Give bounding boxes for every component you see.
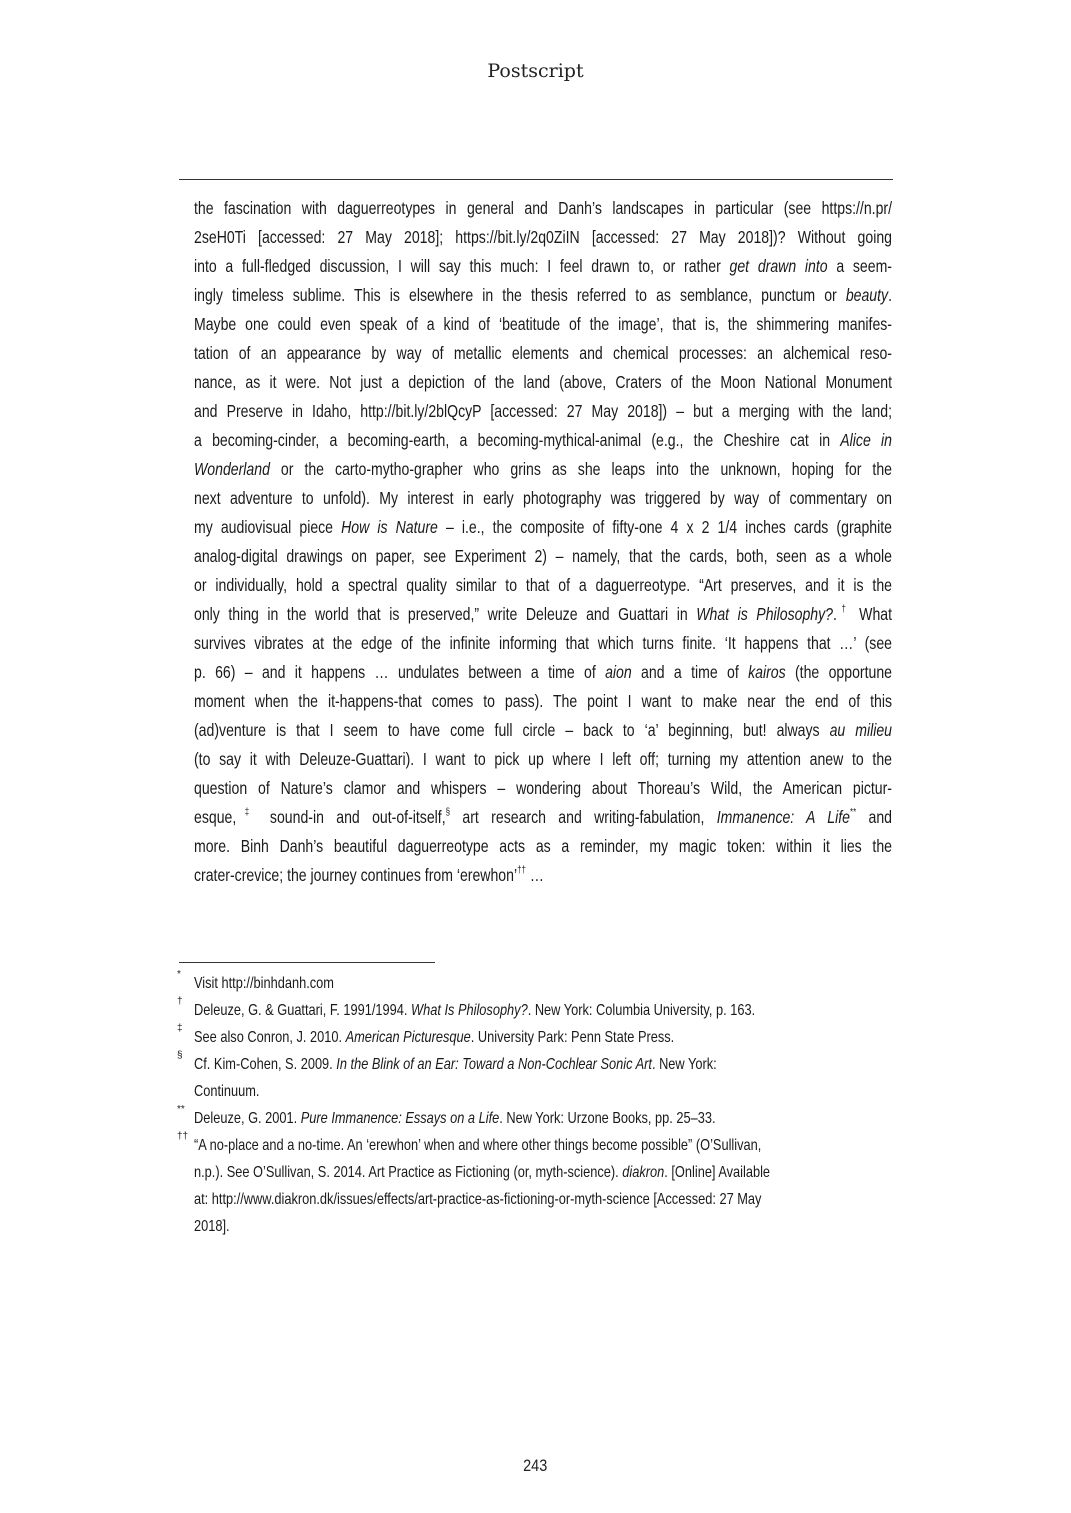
body-line: ingly timeless sublime. This is elsewher…	[194, 281, 892, 310]
footnote-line: Deleuze, G. & Guattari, F. 1991/1994. Wh…	[179, 997, 899, 1024]
text-run: “A no-place and a no-time. An ‘erewhon’ …	[194, 1137, 761, 1154]
text-run: . [Online] Available	[664, 1164, 770, 1181]
italic-text: How is Nature	[341, 517, 438, 537]
body-line: survives vibrates at the edge of the inf…	[194, 629, 892, 658]
body-line: nance, as it were. Not just a depiction …	[194, 368, 892, 397]
body-line: tation of an appearance by way of metall…	[194, 339, 892, 368]
text-run: (to say it with Deleuze-Guattari). I wan…	[194, 749, 892, 769]
header-rule	[179, 179, 893, 180]
text-run: crater-crevice; the journey continues fr…	[194, 865, 517, 885]
footnote-line: Continuum.	[179, 1078, 899, 1105]
body-line: my audiovisual piece How is Nature – i.e…	[194, 513, 892, 542]
footnote: ††“A no-place and a no-time. An ‘erewhon…	[179, 1132, 899, 1240]
italic-text: au milieu	[830, 720, 892, 740]
footnote-line: Cf. Kim-Cohen, S. 2009. In the Blink of …	[179, 1051, 899, 1078]
footnote-line: at: http://www.diakron.dk/issues/effects…	[179, 1186, 899, 1213]
italic-text: Alice in	[840, 430, 892, 450]
text-run: .	[888, 285, 892, 305]
italic-text: American Picturesque	[346, 1029, 471, 1046]
text-run: nance, as it were. Not just a depiction …	[194, 372, 892, 392]
body-line: (to say it with Deleuze-Guattari). I wan…	[194, 745, 892, 774]
text-run: esque,	[194, 807, 236, 827]
footnotes: *Visit http://binhdanh.com†Deleuze, G. &…	[179, 970, 899, 1240]
text-run: p. 66) – and it happens … undulates betw…	[194, 662, 605, 682]
footnote-mark: §	[177, 1049, 183, 1063]
text-run: See also Conron, J. 2010.	[194, 1029, 346, 1046]
text-run: the fascination with daguerreotypes in g…	[194, 198, 892, 218]
text-run: and a time of	[632, 662, 748, 682]
body-line: more. Binh Danh’s beautiful daguerreotyp…	[194, 832, 892, 861]
text-run: (ad)venture is that I seem to have come …	[194, 720, 830, 740]
italic-text: What is Philosophy?	[696, 604, 833, 624]
body-line: Wonderland or the carto-mytho-grapher wh…	[194, 455, 892, 484]
body-line: question of Nature’s clamor and whispers…	[194, 774, 892, 803]
text-run: only thing in the world that is preserve…	[194, 604, 696, 624]
body-line: and Preserve in Idaho, http://bit.ly/2bl…	[194, 397, 892, 426]
page-number: 243	[0, 1456, 1071, 1476]
body-line: a becoming-cinder, a becoming-earth, a b…	[194, 426, 892, 455]
text-run: a becoming-cinder, a becoming-earth, a b…	[194, 430, 840, 450]
text-run: Deleuze, G. 2001.	[194, 1110, 301, 1127]
footnote-line: 2018].	[179, 1213, 899, 1240]
footnote-mark: *	[177, 968, 181, 982]
text-run: (the opportune	[786, 662, 892, 682]
body-line: 2seH0Ti [accessed: 27 May 2018]; https:/…	[194, 223, 892, 252]
footnote-line: Visit http://binhdanh.com	[179, 970, 899, 997]
text-run: a seem-	[828, 256, 892, 276]
body-line: esque,‡ sound-in and out-of-itself,§ art…	[194, 803, 892, 832]
text-run: my audiovisual piece	[194, 517, 341, 537]
footnote-line: See also Conron, J. 2010. American Pictu…	[179, 1024, 899, 1051]
footnote-mark: **	[177, 1103, 185, 1117]
page-number-text: 243	[523, 1456, 547, 1476]
body-line: only thing in the world that is preserve…	[194, 600, 892, 629]
text-run: . University Park: Penn State Press.	[471, 1029, 674, 1046]
footnote-ref: ††	[517, 865, 526, 876]
footnote-mark: ‡	[177, 1022, 183, 1036]
footnote: *Visit http://binhdanh.com	[179, 970, 899, 997]
footnote-line: n.p.). See O’Sullivan, S. 2014. Art Prac…	[179, 1159, 899, 1186]
body-line: Maybe one could even speak of a kind of …	[194, 310, 892, 339]
italic-text: get drawn into	[730, 256, 828, 276]
text-run: question of Nature’s clamor and whispers…	[194, 778, 892, 798]
text-run: art research and writing-fabulation,	[450, 807, 717, 827]
text-run: Maybe one could even speak of a kind of …	[194, 314, 892, 334]
body-line: into a full-fledged discussion, I will s…	[194, 252, 892, 281]
body-line: (ad)venture is that I seem to have come …	[194, 716, 892, 745]
italic-text: beauty	[846, 285, 888, 305]
italic-text: What Is Philosophy?	[411, 1002, 528, 1019]
text-run: 2018].	[194, 1218, 230, 1235]
text-run: analog-digital drawings on paper, see Ex…	[194, 546, 892, 566]
body-line: crater-crevice; the journey continues fr…	[194, 861, 892, 890]
italic-text: aion	[605, 662, 632, 682]
text-run: Cf. Kim-Cohen, S. 2009.	[194, 1056, 336, 1073]
text-run: . New York:	[652, 1056, 717, 1073]
text-run: and	[856, 807, 892, 827]
text-run: 2seH0Ti [accessed: 27 May 2018]; https:/…	[194, 227, 892, 247]
body-line: moment when the it-happens-that comes to…	[194, 687, 892, 716]
text-run: ingly timeless sublime. This is elsewher…	[194, 285, 846, 305]
footnote: **Deleuze, G. 2001. Pure Immanence: Essa…	[179, 1105, 899, 1132]
text-run: . New York: Columbia University, p. 163.	[528, 1002, 755, 1019]
footnote-rule	[179, 962, 435, 963]
text-run: …	[526, 865, 544, 885]
text-run: or individually, hold a spectral quality…	[194, 575, 892, 595]
body-line: the fascination with daguerreotypes in g…	[194, 194, 892, 223]
body-line: analog-digital drawings on paper, see Ex…	[194, 542, 892, 571]
text-run: more. Binh Danh’s beautiful daguerreotyp…	[194, 836, 892, 856]
text-run: survives vibrates at the edge of the inf…	[194, 633, 892, 653]
text-run: . New York: Urzone Books, pp. 25–33.	[499, 1110, 715, 1127]
running-head: Postscript	[0, 60, 1071, 82]
body-line: p. 66) – and it happens … undulates betw…	[194, 658, 892, 687]
italic-text: Wonderland	[194, 459, 270, 479]
footnote-ref: †	[837, 604, 851, 615]
italic-text: kairos	[748, 662, 786, 682]
body-line: or individually, hold a spectral quality…	[194, 571, 892, 600]
italic-text: diakron	[622, 1164, 664, 1181]
body-line: next adventure to unfold). My interest i…	[194, 484, 892, 513]
footnote-mark: †	[177, 995, 183, 1009]
text-run: at: http://www.diakron.dk/issues/effects…	[194, 1191, 761, 1208]
text-run: sound-in and out-of-itself,	[258, 807, 446, 827]
footnote-ref: ‡	[236, 807, 257, 818]
text-run: Continuum.	[194, 1083, 259, 1100]
footnote-line: Deleuze, G. 2001. Pure Immanence: Essays…	[179, 1105, 899, 1132]
text-run: and Preserve in Idaho, http://bit.ly/2bl…	[194, 401, 892, 421]
italic-text: Pure Immanence: Essays on a Life	[301, 1110, 500, 1127]
text-run: moment when the it-happens-that comes to…	[194, 691, 892, 711]
text-run: n.p.). See O’Sullivan, S. 2014. Art Prac…	[194, 1164, 622, 1181]
text-run: or the carto-mytho-grapher who grins as …	[270, 459, 892, 479]
text-run: into a full-fledged discussion, I will s…	[194, 256, 730, 276]
text-run: tation of an appearance by way of metall…	[194, 343, 892, 363]
body-text: the fascination with daguerreotypes in g…	[194, 194, 892, 890]
footnote: †Deleuze, G. & Guattari, F. 1991/1994. W…	[179, 997, 899, 1024]
text-run: next adventure to unfold). My interest i…	[194, 488, 892, 508]
text-run: Deleuze, G. & Guattari, F. 1991/1994.	[194, 1002, 411, 1019]
text-run: Visit http://binhdanh.com	[194, 975, 334, 992]
text-run: What	[851, 604, 892, 624]
italic-text: In the Blink of an Ear: Toward a Non-Coc…	[336, 1056, 652, 1073]
italic-text: Immanence: A Life	[717, 807, 850, 827]
text-run: – i.e., the composite of fifty-one 4 x 2…	[438, 517, 892, 537]
footnote: §Cf. Kim-Cohen, S. 2009. In the Blink of…	[179, 1051, 899, 1105]
footnote-mark: ††	[177, 1130, 188, 1144]
footnote-line: “A no-place and a no-time. An ‘erewhon’ …	[179, 1132, 899, 1159]
footnote: ‡See also Conron, J. 2010. American Pict…	[179, 1024, 899, 1051]
